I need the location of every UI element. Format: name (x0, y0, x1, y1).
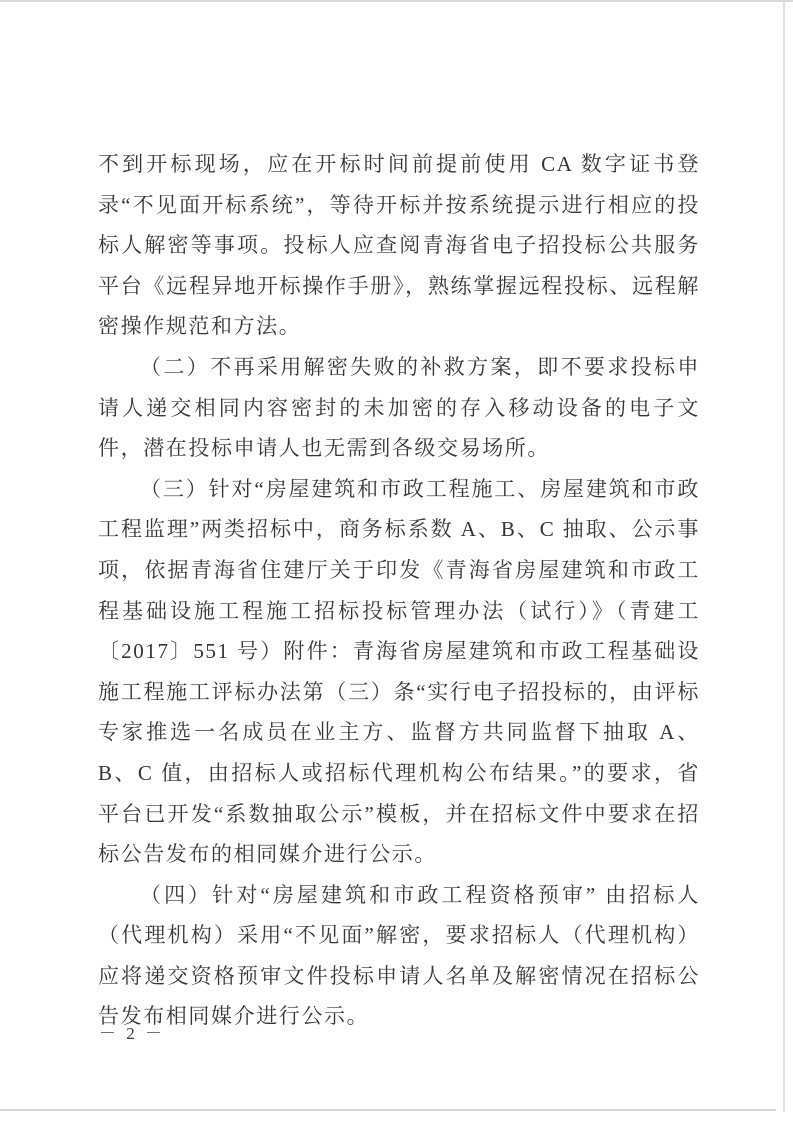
paragraph-item-three: （三）针对“房屋建筑和市政工程施工、房屋建筑和市政工程监理”两类招标中，商务标系… (98, 469, 700, 875)
document-body: 不到开标现场，应在开标时间前提前使用 CA 数字证书登录“不见面开标系统”，等待… (98, 144, 700, 1037)
page-number: － 2 － (99, 1019, 165, 1044)
scan-edge-bottom (0, 1109, 776, 1111)
paragraph-item-four: （四）针对“房屋建筑和市政工程资格预审” 由招标人（代理机构）采用“不见面”解密… (98, 875, 700, 1037)
document-page: 不到开标现场，应在开标时间前提前使用 CA 数字证书登录“不见面开标系统”，等待… (0, 0, 793, 1121)
paragraph-item-two: （二）不再采用解密失败的补救方案，即不要求投标申请人递交相同内容密封的未加密的存… (98, 347, 700, 469)
scan-edge-top (0, 0, 793, 2)
paragraph-continuation: 不到开标现场，应在开标时间前提前使用 CA 数字证书登录“不见面开标系统”，等待… (98, 144, 700, 347)
scan-edge-right (783, 2, 785, 1112)
